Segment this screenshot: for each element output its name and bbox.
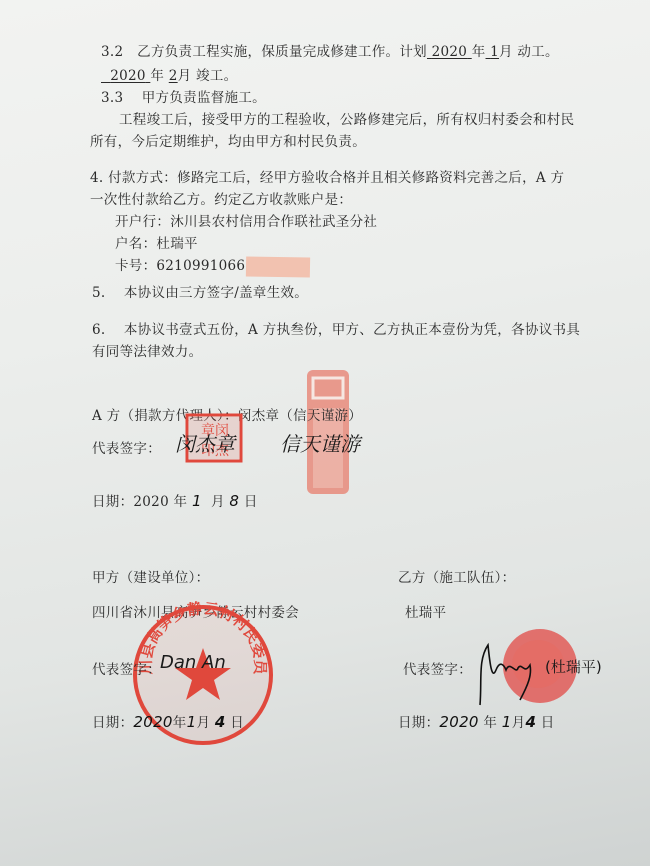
party-jia-label: 甲方（建设单位）： (92, 566, 209, 586)
party-yi-signature: (杜瑞平) (545, 656, 602, 677)
party-jia-sign-label: 代表签字： (92, 658, 161, 678)
start-year: 2020 (427, 44, 472, 60)
card-line: 卡号：6210991066 (115, 254, 310, 277)
party-a-signature-2: 信天谨游 (280, 428, 360, 457)
clause-3-2-line1: 3.2 乙方负责工程实施，保质量完成修建工作。计划 2020 年 1月 动工。 (101, 40, 559, 60)
party-a-sign-label: 代表签字： (92, 437, 161, 457)
party-jia-date: 日期：2020年1月 4 日 (92, 711, 244, 731)
party-yi-date: 日期：2020 年 1月4 日 (398, 711, 555, 731)
bank-value: 沐川县农村信用合作联社武圣分社 (170, 214, 377, 230)
clause-6-line2: 有同等法律效力。 (92, 340, 202, 360)
clause-text: 乙方负责工程实施，保质量完成修建工作。计划 (137, 44, 427, 60)
clause-3-3-para-line1: 工程竣工后，接受甲方的工程验收，公路修建完后，所有权归村委会和村民 (119, 108, 574, 128)
party-a-date: 日期：2020 年 1 月 8 日 (92, 490, 258, 510)
party-jia-signature: Dan An (160, 652, 226, 673)
clause-5: 5. 本协议由三方签字/盖章生效。 (92, 281, 308, 301)
party-yi-sign-label: 代表签字： (403, 658, 472, 678)
account-name-value: 杜瑞平 (156, 236, 197, 252)
party-yi-signature-scrawl (470, 640, 550, 710)
redaction-patch (246, 256, 310, 277)
clause-4-line1: 4. 付款方式：修路完工后，经甲方验收合格并且相关修路资料完善之后，A 方 (90, 166, 564, 186)
clause-3-3-para-line2: 所有，今后定期维护，均由甲方和村民负责。 (90, 130, 366, 150)
clause-number: 3.2 (101, 44, 123, 60)
start-month: 1 (486, 44, 499, 60)
party-yi-name: 杜瑞平 (405, 601, 446, 621)
clause-6-line1: 6. 本协议书壹式五份，A 方执叁份，甲方、乙方执正本壹份为凭，各协议书具 (92, 318, 580, 338)
end-year: 2020 (101, 68, 150, 84)
clause-3-3: 3.3 甲方负责监督施工。 (101, 86, 266, 106)
account-name-line: 户名：杜瑞平 (115, 232, 198, 252)
contract-page: 3.2 乙方负责工程实施，保质量完成修建工作。计划 2020 年 1月 动工。 … (0, 0, 650, 866)
clause-4-line2: 一次性付款给乙方。约定乙方收款账户是： (90, 188, 352, 208)
card-number: 6210991066 (156, 258, 245, 274)
clause-3-2-line2: 2020 年 2月 竣工。 (101, 64, 237, 84)
party-yi-label: 乙方（施工队伍）： (398, 566, 515, 586)
bank-line: 开户行：沐川县农村信用合作联社武圣分社 (115, 210, 377, 230)
party-a-signature: 闵杰章 (175, 428, 235, 457)
end-month: 2 (169, 68, 178, 84)
